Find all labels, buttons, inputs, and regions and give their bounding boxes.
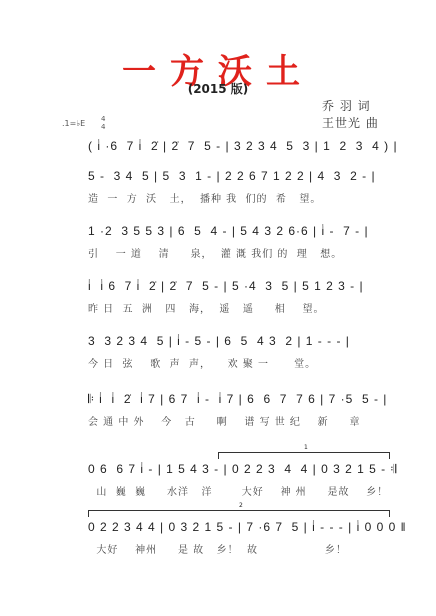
lyricist-credit: 乔 羽 词	[322, 98, 379, 115]
score-line-1: ( i̇ ·6 7 i̇ 2̇ | 2̇ 7 5 - | 3 2 3 4 5 3…	[88, 138, 388, 154]
score-line-4: i̇ i̇ 6 7 i̇ 2̇ | 2̇ 7 5 - | 5 ·4 3 5 | …	[88, 278, 388, 315]
edition-label: (2015 版)	[0, 80, 436, 97]
credits: 乔 羽 词 王世光 曲	[322, 98, 379, 132]
lyrics: 昨 日 五 洲 四 海， 遥 遥 相 望。	[88, 300, 388, 315]
composer-credit: 王世光 曲	[322, 115, 379, 132]
volta-2: 2	[88, 510, 390, 517]
lyrics: 会 通 中 外 今 古 啊 谱 写 世 纪 新 章	[88, 413, 388, 428]
score-line-3: 1 ·2 3 5 5 3 | 6 5 4 - | 5 4 3 2 6·6 | i…	[88, 223, 388, 260]
score-line-5: 3 3 2 3 4 5 | i̇ - 5 - | 6 5 4 3 2 | 1 -…	[88, 333, 388, 370]
score-line-6: 𝄆 i̇ i̇ 2̇ i̇ 7 | 6 7 i̇ - i̇ 7 | 6 6 7 …	[88, 391, 388, 428]
notes: 𝄆 i̇ i̇ 2̇ i̇ 7 | 6 7 i̇ - i̇ 7 | 6 6 7 …	[88, 391, 388, 407]
notes: 1 ·2 3 5 5 3 | 6 5 4 - | 5 4 3 2 6·6 | i…	[88, 223, 388, 239]
score-line-2: 5 - 3 4 5 | 5 3 1 - | 2 2 6 7 1 2 2 | 4 …	[88, 168, 388, 205]
score-line-7: 0 6 6 7 i̇ - | 1 5 4 3 - | 0 2 2 3 4 4 |…	[88, 461, 388, 498]
notes: 5 - 3 4 5 | 5 3 1 - | 2 2 6 7 1 2 2 | 4 …	[88, 168, 388, 184]
lyrics: 山 巍 巍 水洋 洋 大好 神 州 是故 乡！	[88, 483, 388, 498]
lyrics: 大好 神州 是 故 乡！ 故 乡！	[88, 541, 388, 556]
notes: ( i̇ ·6 7 i̇ 2̇ | 2̇ 7 5 - | 3 2 3 4 5 3…	[88, 138, 388, 154]
score-line-8: 0 2 2 3 4 4 | 0 3 2 1 5 - | 7 ·6 7 5 | i…	[88, 519, 388, 556]
notes: 3 3 2 3 4 5 | i̇ - 5 - | 6 5 4 3 2 | 1 -…	[88, 333, 388, 349]
lyrics: 引 一 道 清 泉， 灌 溉 我们 的 理 想。	[88, 245, 388, 260]
volta-1: 1	[218, 452, 390, 459]
notes: 0 6 6 7 i̇ - | 1 5 4 3 - | 0 2 2 3 4 4 |…	[88, 461, 388, 477]
key-signature: .1=♭E	[62, 119, 85, 128]
notes: i̇ i̇ 6 7 i̇ 2̇ | 2̇ 7 5 - | 5 ·4 3 5 | …	[88, 278, 388, 294]
time-signature: 4 4	[101, 115, 105, 131]
lyrics: 今 日 弦 歌 声 声， 欢 聚 一 堂。	[88, 355, 388, 370]
notes: 0 2 2 3 4 4 | 0 3 2 1 5 - | 7 ·6 7 5 | i…	[88, 519, 388, 535]
lyrics: 造 一 方 沃 土， 播种 我 们的 希 望。	[88, 190, 388, 205]
